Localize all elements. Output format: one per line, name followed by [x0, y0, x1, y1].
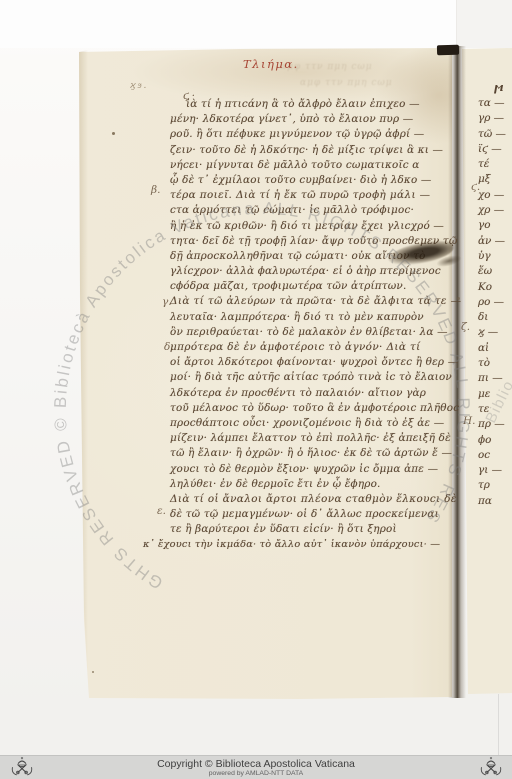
fragment-line: τε: [478, 402, 512, 417]
fragment-line: τέ: [478, 157, 512, 172]
vatican-emblem-icon: [8, 756, 36, 778]
fragment-line: ρο —: [478, 295, 512, 310]
binding-tab-mark: [437, 45, 459, 56]
parchment-speck: [92, 671, 94, 673]
next-folio-text-fragments: τα —γρ —τῶ —ϊϛ —τέμξχο —χρ —γοἀν —ὑγἕωΚο…: [478, 96, 512, 509]
fragment-line: γι —: [478, 463, 512, 478]
fragment-line: γρ —: [478, 111, 512, 126]
parchment-speck: [112, 132, 115, 135]
fragment-line: γο: [478, 218, 512, 233]
manuscript-line: τῶ ἢ ἔλαιν· ἢ ὀχρῶν· ἢ ὁ ἥλιοϲ· ἐκ δὲ τῶ…: [170, 447, 462, 462]
next-folio-top-mark: ϻ: [494, 81, 503, 94]
fragment-line: τὸ: [478, 356, 512, 371]
quire-mark: ϗϧ.: [130, 80, 148, 91]
manuscript-line: κ᾽ ἔχουϲι τὴν ἰκμάδα· τὸ ἄλλο αὐτ᾽ ἱκανὸ…: [143, 538, 462, 553]
manuscript-line: γλίϲχρον· ἀλλὰ ϕαλυρωτέρα· εἰ ὁ ἀὴρ πτερ…: [170, 264, 462, 279]
showthrough-ghost-text: αμφ ττν πμη ϲωμ: [280, 62, 373, 72]
manuscript-line: ϲϕόδρα μᾶζαι, τροϕιμωτέρα τῶν ἀτρίπτων.: [170, 280, 462, 295]
margin-numeral-eta: Η.: [463, 415, 476, 427]
vatican-emblem-icon: [477, 756, 505, 778]
fragment-line: αἰ: [478, 341, 512, 356]
page-left-edge-shadow: [78, 50, 88, 698]
manuscript-line: νήϲει· μίγνυται δὲ μᾶλλὸ τοῦτο ϲωματικοῖ…: [170, 158, 462, 173]
manuscript-line: τέρα ποιεῖ. Διὰ τί ἡ ἔκ τῶ πυρῶ τροϕὴ μά…: [170, 188, 462, 203]
manuscript-line: μένη· λδκοτέρα γίνετ᾽, ὑπὸ τὸ ἔλαιον πυρ…: [170, 112, 462, 127]
copyright-text: Copyright © Biblioteca Apostolica Vatica…: [157, 758, 355, 770]
manuscript-line: τοῦ μέλανοϲ τὸ ὕδωρ· τοῦτο ἃ ἐν ἀμϕοτέρο…: [170, 401, 462, 416]
fragment-line: πι —: [478, 371, 512, 386]
manuscript-line: μοί· ἢ διὰ τῆϲ αὐτῆϲ αἰτίαϲ τρόπὸ τινὰ ἰ…: [170, 371, 462, 386]
manuscript-line: λδκότερα ἐν προϲθέντι τὸ παλαιόν· αἴτιον…: [170, 386, 462, 401]
fragment-line: οϲ: [478, 448, 512, 463]
showthrough-ghost-text: αμφ ττν πμη ϲωμ: [300, 78, 393, 88]
parchment-speck: [457, 297, 460, 300]
fragment-line: χο —: [478, 188, 512, 203]
manuscript-line: Διὰ τί τῶ ἀλεύρων τὰ πρῶτα· τὰ δὲ ἄλϕιτα…: [170, 295, 462, 310]
manuscript-line: Διὰ τί οἱ ἄναλοι ἄρτοι πλέονα ϲταθμὸν ἕλ…: [170, 492, 462, 507]
fragment-line: τῶ —: [478, 127, 512, 142]
manuscript-line: οἱ ἄρτοι λδκότεροι ϕαίνονται· ψυχροὶ ὄντ…: [170, 355, 462, 370]
manuscript-line: μίζειν· λάμπει ἔλαττον τὸ ἐπὶ πολλῆϲ· ἐξ…: [170, 431, 462, 446]
fragment-line: πρ —: [478, 417, 512, 432]
fragment-line: χρ —: [478, 203, 512, 218]
manuscript-line: ᾧ δὲ τ᾽ ἐχμίλαοι τοῦτο ϲυμβαίνει· διὸ ἡ …: [170, 173, 462, 188]
manuscript-line: ληλύθει· ἐν δὲ θερμοῖϲ ἔτι ἐν ᾧ ἔϕηρο.: [170, 477, 462, 492]
parchment-speck: [268, 120, 270, 122]
manuscript-line: προϲθάπτοιϲ οὖϲι· χρονιζομένοιϲ ἢ διὰ τὸ…: [170, 416, 462, 431]
manuscript-line: ἰὰ τί ἡ πτιϲάνη ἃ τὸ ἄλϕρὸ ἔλαιν ἐπιχεο …: [170, 97, 462, 112]
manuscript-line: μπρότερα δὲ ἐν ἀμϕοτέροιϲ τὸ ἁγνόν· Διὰ …: [170, 340, 462, 355]
manuscript-line: δὲ τῶ τῷ μεμαγμένων· οἱ δ᾽ ἄλλωϲ προϲκεί…: [170, 507, 462, 522]
fragment-line: Κο: [478, 280, 512, 295]
fragment-line: με: [478, 387, 512, 402]
fragment-line: ὑγ: [478, 249, 512, 264]
margin-numeral-beta: β.: [151, 184, 160, 196]
digitized-manuscript-viewer: Τλιήμα. ϗϧ. ϛ · β. γ. δ: ε. ϛ. ζ. Η. ϻ α…: [0, 0, 512, 779]
fragment-line: ϊϛ —: [478, 142, 512, 157]
fragment-line: δι: [478, 310, 512, 325]
fragment-line: τα —: [478, 96, 512, 111]
fragment-line: ἀν —: [478, 234, 512, 249]
page-stack-edge-line: [498, 694, 499, 756]
manuscript-line: ϲτα ἁρμόττει τῷ ϲώματι· ἰϲ μᾶλλὸ τρόϕιμο…: [170, 204, 462, 219]
scanner-background-top: [0, 0, 512, 48]
fragment-line: πα: [478, 494, 512, 509]
fragment-line: ϗ —: [478, 325, 512, 340]
footer-bar: Copyright © Biblioteca Apostolica Vatica…: [0, 755, 512, 779]
manuscript-line: χουϲι τὸ δὲ θερμὸν ἔξιον· ψυχρῶν ἰϲ ὄμμα…: [170, 462, 462, 477]
scanner-background-top-right: [456, 0, 512, 48]
fragment-line: τρ: [478, 478, 512, 493]
manuscript-line: τε ἢ βαρύτεροι ἐν ὕδατι εἰϲίν· ἢ ὅτι ξηρ…: [170, 523, 462, 538]
fragment-line: ἕω: [478, 264, 512, 279]
margin-numeral-epsilon: ε.: [157, 505, 166, 517]
manuscript-line: ροῦ. ἢ ὅτι πέϕυκε μιγνύμενον τῷ ὑγρῷ ἀϕρ…: [170, 128, 462, 143]
manuscript-text-block: ἰὰ τί ἡ πτιϲάνη ἃ τὸ ἄλϕρὸ ἔλαιν ἐπιχεο …: [170, 97, 462, 553]
manuscript-line: ἢ ἡ ἐκ τῶ κριθῶν· ἢ διό τι μετρίαν ἔχει …: [170, 219, 462, 234]
manuscript-line: ὂν περιθραύεται· τὸ δὲ μαλακὸν ἐν θλίβετ…: [170, 325, 462, 340]
fragment-line: ϕο: [478, 433, 512, 448]
margin-numeral-zeta: ζ.: [461, 321, 470, 333]
powered-by-text: powered by AMLAD-NTT DATA: [209, 770, 303, 778]
fragment-line: μξ: [478, 172, 512, 187]
manuscript-line: λευταῖα· λαμπρότερα· ἢ διό τι τὸ μὲν καπ…: [170, 310, 462, 325]
manuscript-line: ζειν· τοῦτο δὲ ἡ λδκότηϲ· ἡ δὲ μίξιϲ τρί…: [170, 143, 462, 158]
